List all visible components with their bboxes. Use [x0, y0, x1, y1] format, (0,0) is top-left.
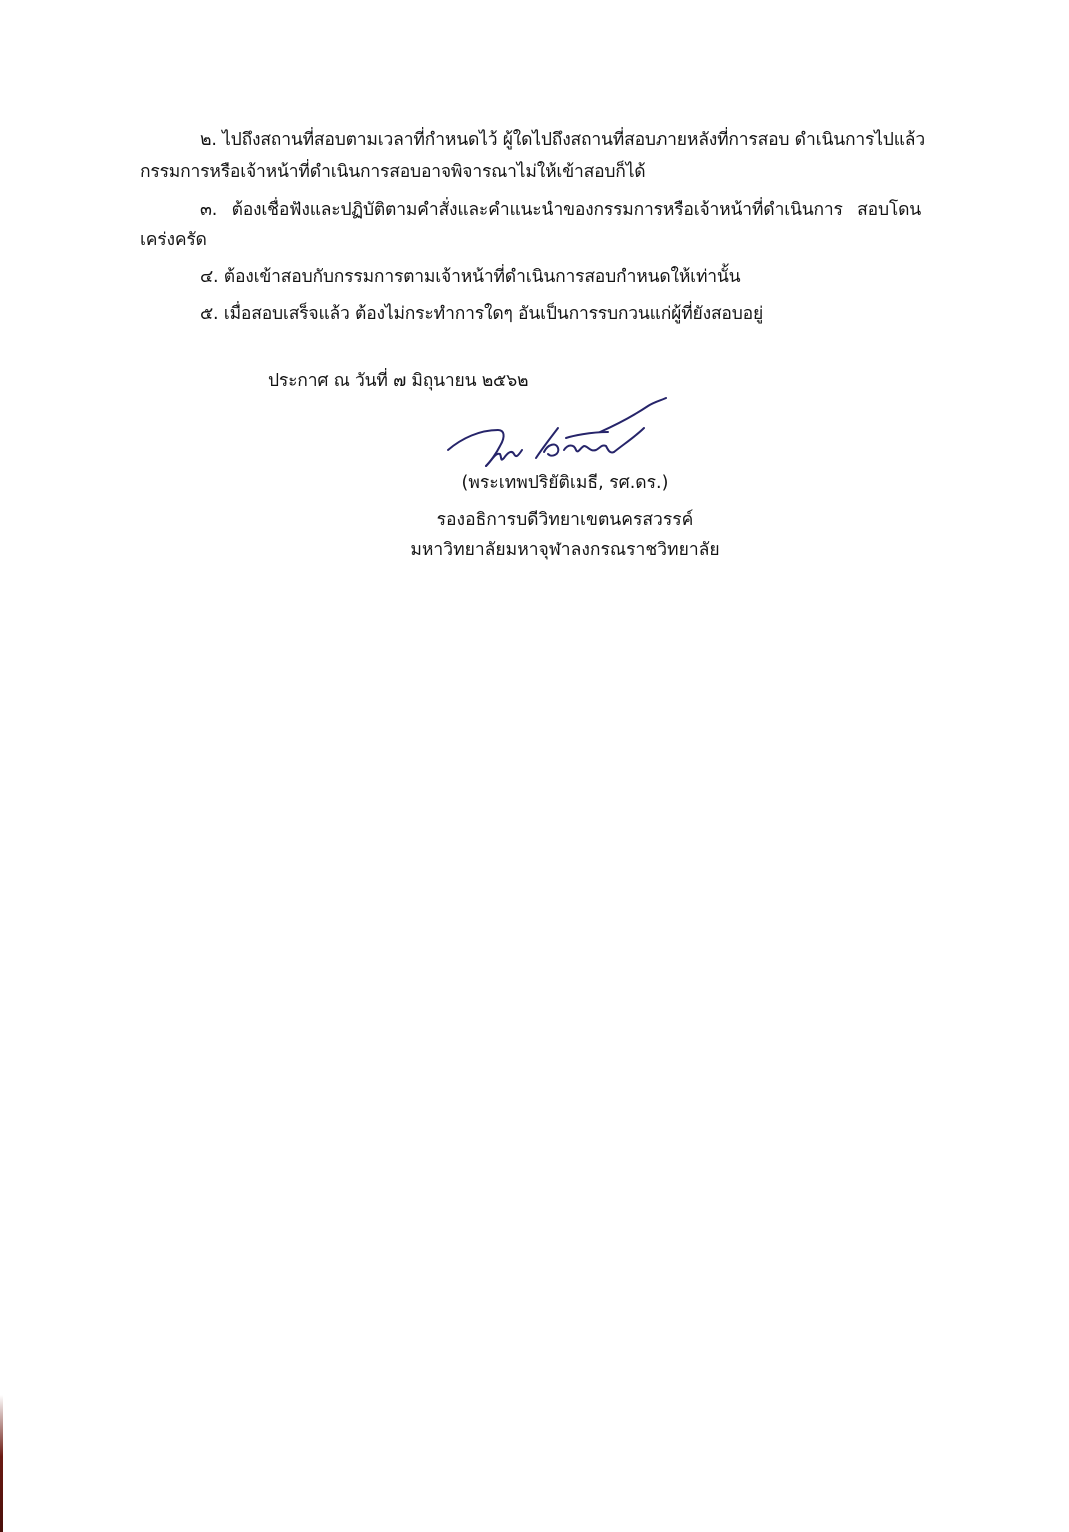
signatory-name: (พระเทพปริยัติเมธี, รศ.ดร.)	[400, 472, 730, 494]
announcement-date: ประกาศ ณ วันที่ ๗ มิถุนายน ๒๕๖๒	[268, 370, 528, 392]
item-2-line-1: ๒. ไปถึงสถานที่สอบตามเวลาที่กำหนดไว้ ผู้…	[200, 129, 921, 151]
item-3-number: ๓.	[200, 200, 217, 220]
item-5-text: เมื่อสอบเสร็จแล้ว ต้องไม่กระทำการใดๆ อัน…	[224, 304, 763, 324]
scan-edge-shadow	[0, 1395, 3, 1532]
item-2-line-2: กรรมการหรือเจ้าหน้าที่ดำเนินการสอบอาจพิจ…	[140, 161, 645, 183]
document-page: ๒. ไปถึงสถานที่สอบตามเวลาที่กำหนดไว้ ผู้…	[0, 0, 1069, 1532]
item-2-number: ๒.	[200, 130, 217, 150]
item-4-line-1: ๔. ต้องเข้าสอบกับกรรมการตามเจ้าหน้าที่ดำ…	[200, 266, 740, 288]
item-4-text: ต้องเข้าสอบกับกรรมการตามเจ้าหน้าที่ดำเนิ…	[224, 267, 741, 287]
item-3-line-1: ๓. ต้องเชื่อฟังและปฏิบัติตามคำสั่งและคำแ…	[200, 199, 921, 221]
item-5-line-1: ๕. เมื่อสอบเสร็จแล้ว ต้องไม่กระทำการใดๆ …	[200, 303, 763, 325]
item-4-number: ๔.	[200, 267, 218, 287]
signatory-position: รองอธิการบดีวิทยาเขตนครสวรรค์	[400, 509, 730, 531]
item-3-text: ต้องเชื่อฟังและปฏิบัติตามคำสั่งและคำแนะน…	[232, 200, 921, 220]
item-5-number: ๕.	[200, 304, 218, 324]
signature-image	[440, 392, 680, 470]
signatory-institution: มหาวิทยาลัยมหาจุฬาลงกรณราชวิทยาลัย	[400, 539, 730, 561]
item-3-line-2: เคร่งครัด	[140, 229, 207, 251]
item-2-text: ไปถึงสถานที่สอบตามเวลาที่กำหนดไว้ ผู้ใดไ…	[222, 130, 925, 150]
